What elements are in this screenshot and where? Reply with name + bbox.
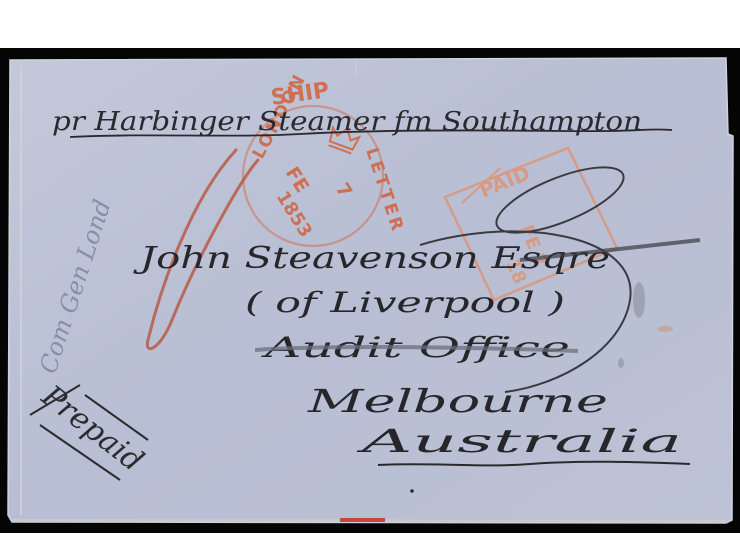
address-line-4: Melbourne	[306, 382, 608, 420]
routing-instruction: pr Harbinger Steamer fm Southampton	[52, 107, 672, 137]
address-line-5: Australia	[355, 422, 682, 460]
letter-cover: SHIP LETTER LONDON FE 7 1853 PAID FE 7 1…	[0, 0, 740, 557]
address-line-2: ( of Liverpool )	[245, 286, 565, 319]
